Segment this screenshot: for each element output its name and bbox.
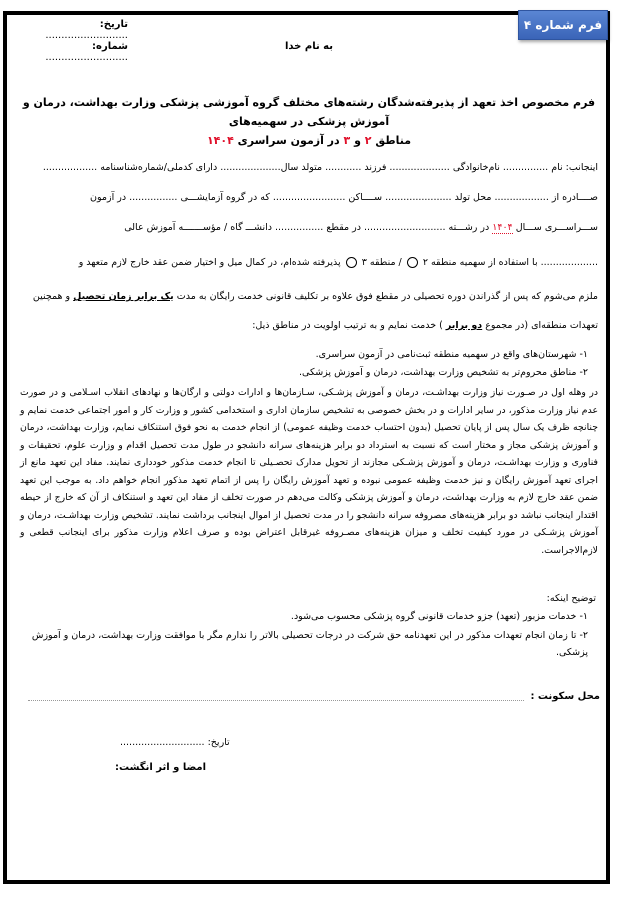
notes-heading: توضیح اینکه: <box>547 593 596 604</box>
form-title: فرم مخصوص اخذ تعهد از پذیرفته‌شدگان رشته… <box>20 93 598 150</box>
form-title-line2: مناطق ۲ و ۳ در آزمون سراسری ۱۴۰۴ <box>20 131 598 150</box>
form-line-birth-residence[interactable]: صــــادره از .................. محل تولد… <box>20 192 598 203</box>
commitment-duration: یک برابر زمان تحصیل <box>73 291 174 302</box>
body-paragraph: در وهله اول در صـورت نیاز وزارت بهداشـت،… <box>20 384 598 559</box>
form-number-label: فرم شماره ۴ <box>524 18 602 32</box>
residence-field[interactable]: محل سکونت : <box>28 691 600 702</box>
form-line-field-university[interactable]: ســـراســـری ســـال ۱۴۰۴ در رشـــته ....… <box>20 222 598 233</box>
header-number-dots[interactable]: .......................... <box>45 52 128 63</box>
form-number-badge: فرم شماره ۴ <box>518 10 608 40</box>
header-date-label: تاریخ: <box>100 19 128 30</box>
region-b: ۳ <box>344 134 351 147</box>
residence-input-line[interactable] <box>28 692 524 701</box>
form-line-commitment: ملزم می‌شوم که پس از گذراندن دوره تحصیلی… <box>20 291 598 302</box>
note-item: ۲- تا زمان انجام تعهدات مذکور در این تعه… <box>22 627 588 661</box>
region-2-radio[interactable] <box>407 257 418 268</box>
region-a: ۲ <box>365 134 372 147</box>
form-line-personal-info[interactable]: اینجانب: نام ............... نام‌خانوادگ… <box>20 162 598 173</box>
region-list-item: ۱- شهرستان‌های واقع در سهمیه منطقه ثبت‌ن… <box>316 349 588 360</box>
signature-date-label: تاریخ: <box>208 737 230 748</box>
form-line-regional: تعهدات منطقه‌ای (در مجموع دو برابر ) خدم… <box>20 320 598 331</box>
bismillah: به نام خدا <box>0 41 618 52</box>
signature-date-field[interactable]: تاریخ: ............................ <box>120 737 230 748</box>
signature-fingerprint-label: امضا و اثر انگشت: <box>115 762 206 773</box>
exam-year: ۱۴۰۴ <box>207 134 234 147</box>
note-item: ۱- خدمات مزبور (تعهد) جزو خدمات قانونی گ… <box>291 611 588 622</box>
header-date-dots[interactable]: .......................... <box>45 30 128 41</box>
regional-multiplier: دو برابر <box>446 320 482 331</box>
signature-date-dots[interactable]: ............................ <box>120 737 205 748</box>
form-title-line1: فرم مخصوص اخذ تعهد از پذیرفته‌شدگان رشته… <box>20 93 598 131</box>
region-list-item: ۲- مناطق محروم‌تر به تشخیص وزارت بهداشت،… <box>299 367 588 378</box>
residence-label: محل سکونت : <box>530 691 600 702</box>
header-date-field: تاریخ: .......................... <box>18 19 128 41</box>
form-line-quota: ................... با استفاده از سهمیه … <box>20 257 598 268</box>
region-3-radio[interactable] <box>346 257 357 268</box>
line-year: ۱۴۰۴ <box>492 222 512 234</box>
